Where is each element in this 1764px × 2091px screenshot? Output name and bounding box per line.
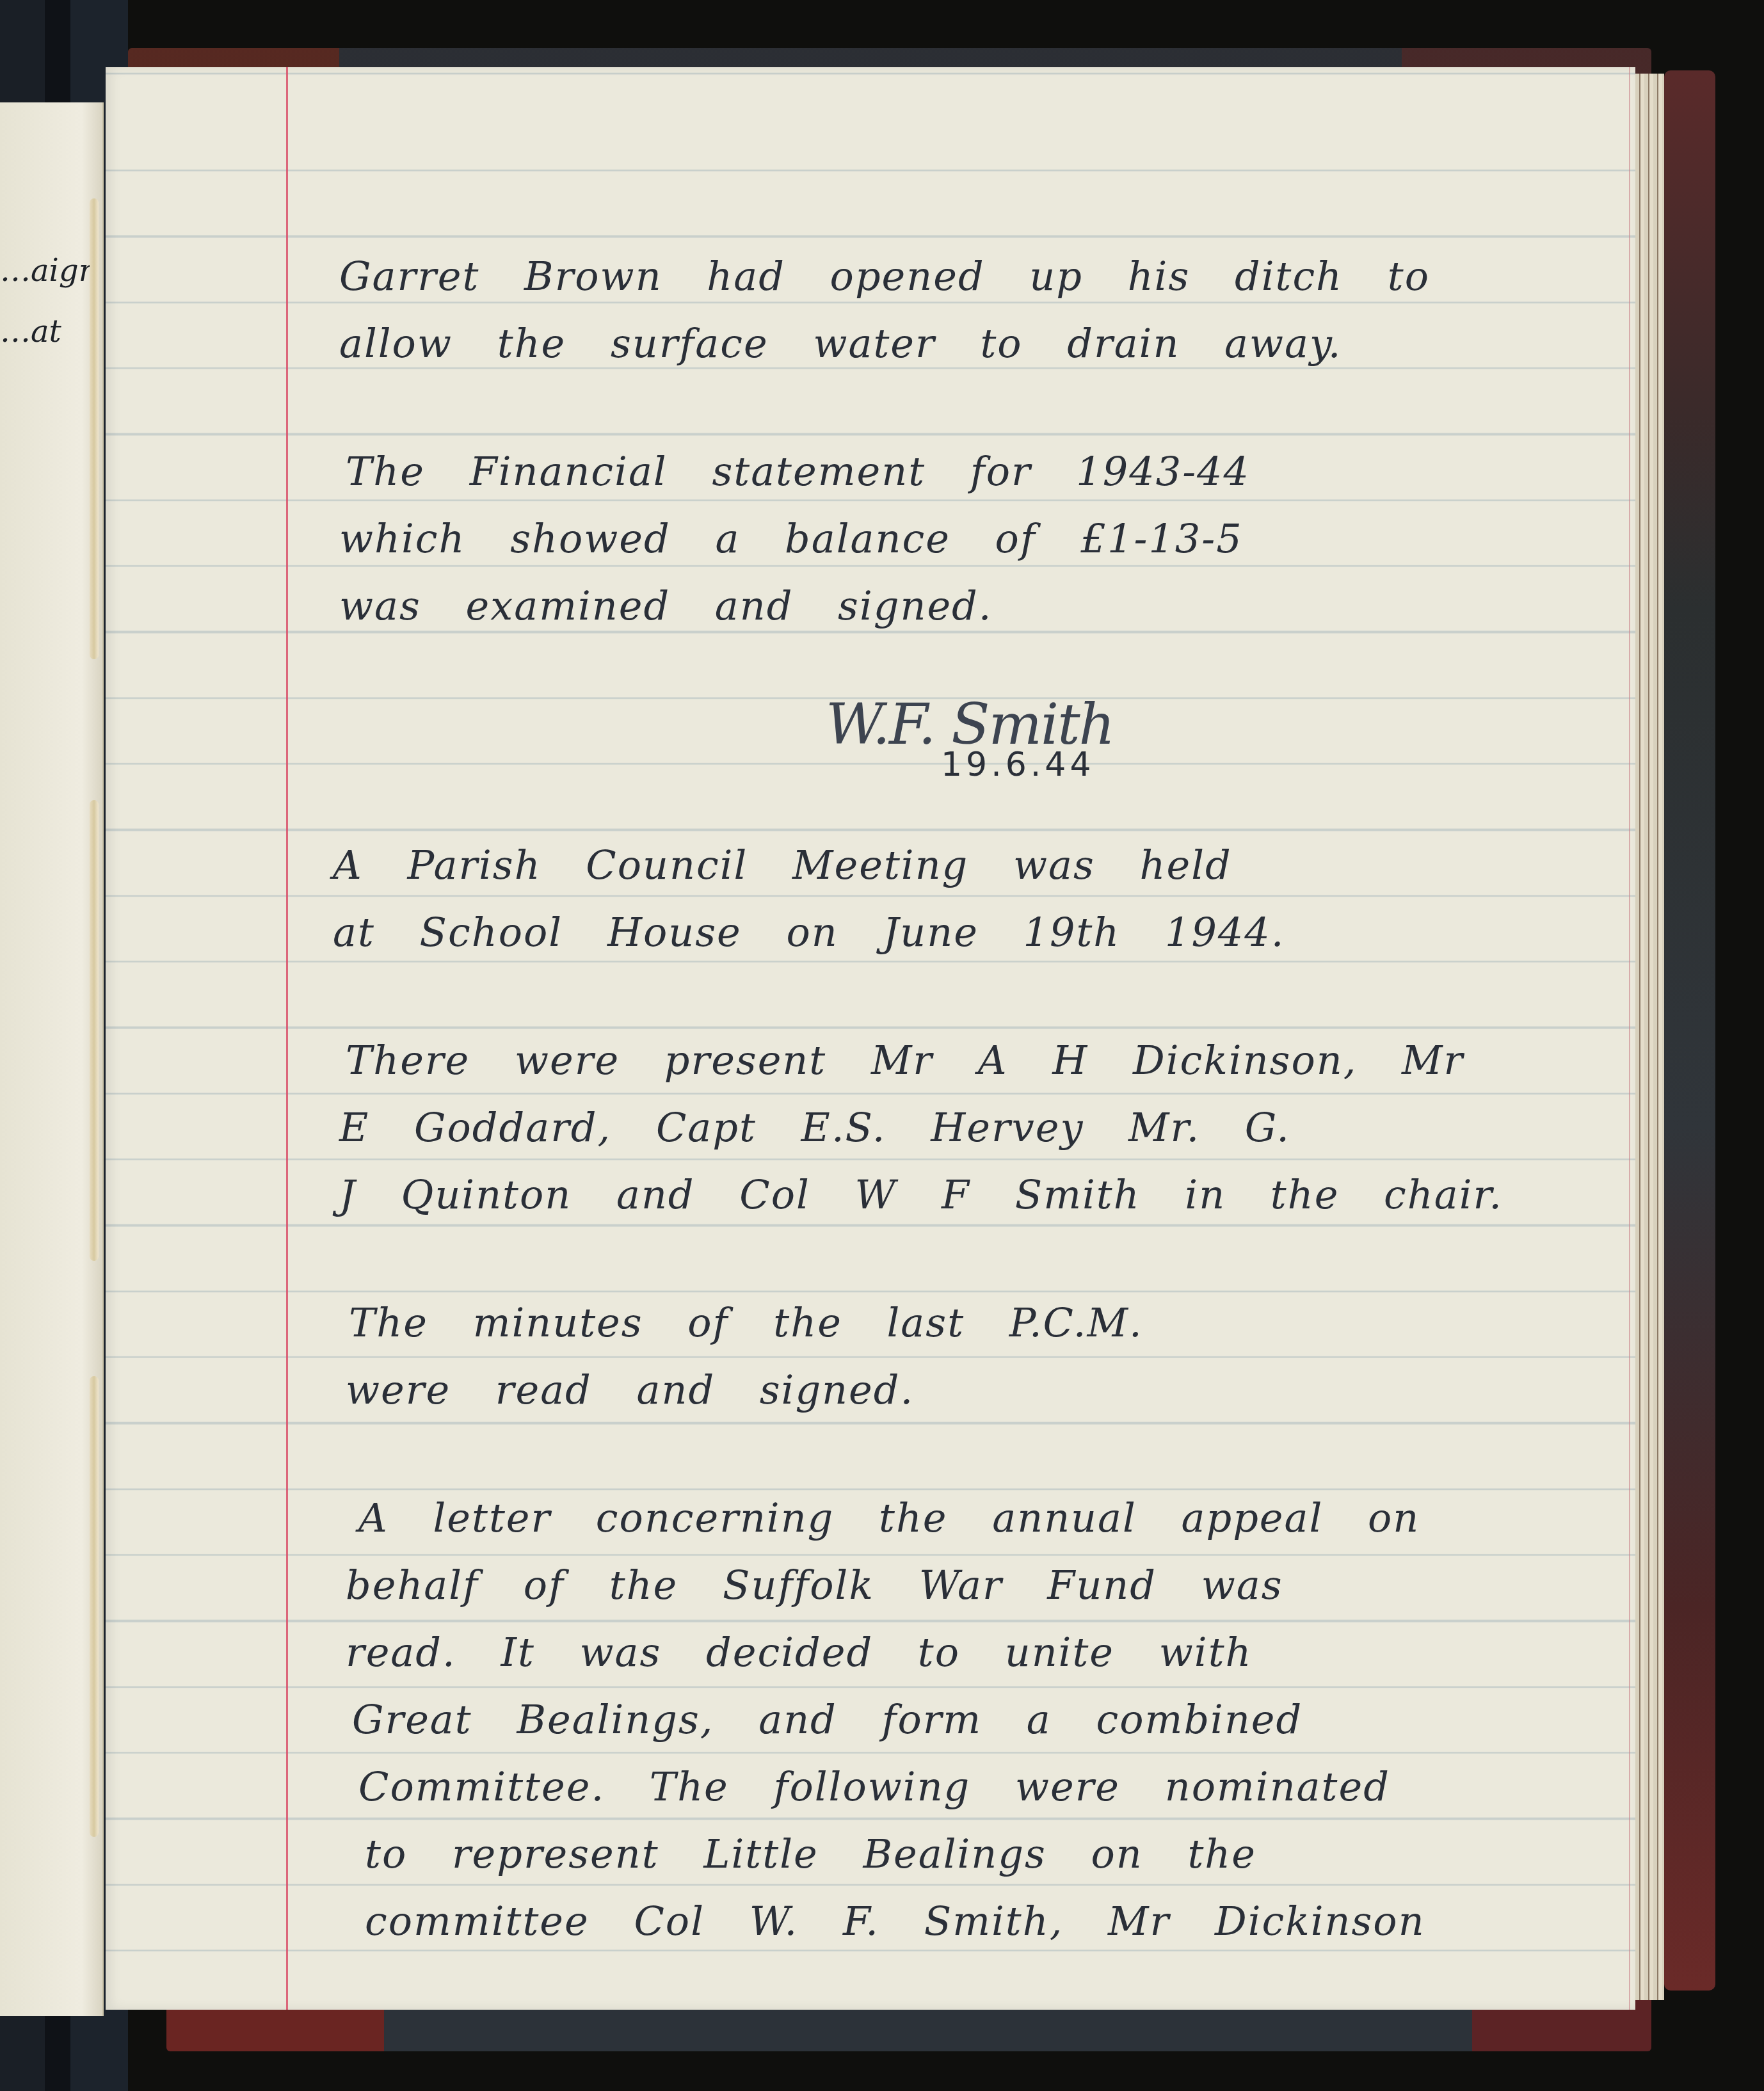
text-line: There were present Mr A H Dickinson, Mr	[346, 1037, 1464, 1084]
page-block-edge	[1635, 74, 1664, 2000]
signature-date: 19.6.44	[941, 746, 1094, 784]
text-line: Committee. The following were nominated	[358, 1763, 1390, 1810]
book-cover-right-edge	[1664, 70, 1715, 1991]
binding-thread	[90, 800, 99, 1261]
text-line: J Quinton and Col W F Smith in the chair…	[339, 1171, 1503, 1218]
text-line: E Goddard, Capt E.S. Hervey Mr. G.	[339, 1104, 1290, 1151]
red-margin-line	[286, 67, 288, 2010]
binding-thread	[90, 1376, 99, 1837]
text-line: committee Col W. F. Smith, Mr Dickinson	[365, 1898, 1425, 1944]
minute-book-scan: …aign …at Garret Brown had opened up his…	[0, 0, 1764, 2091]
text-line: The minutes of the last P.C.M.	[349, 1299, 1143, 1346]
text-line: behalf of the Suffolk War Fund was	[346, 1562, 1283, 1608]
text-line: Great Bealings, and form a combined	[352, 1696, 1303, 1743]
text-line: A letter concerning the annual appeal on	[358, 1494, 1420, 1541]
text-line: read. It was decided to unite with	[346, 1629, 1252, 1676]
left-page-fragment: …aign	[0, 253, 99, 289]
right-margin-line	[1629, 67, 1630, 2010]
text-line: which showed a balance of £1-13-5	[339, 515, 1243, 562]
text-line: at School House on June 19th 1944.	[333, 909, 1285, 956]
binding-thread	[90, 198, 99, 659]
text-line: was examined and signed.	[339, 582, 992, 629]
text-line: A Parish Council Meeting was held	[333, 842, 1232, 888]
left-page-fragment: …at	[0, 314, 61, 349]
text-line: to represent Little Bealings on the	[365, 1831, 1256, 1877]
text-line: Garret Brown had opened up his ditch to	[339, 253, 1430, 300]
text-line: allow the surface water to drain away.	[339, 320, 1342, 367]
text-line: The Financial statement for 1943-44	[346, 448, 1250, 495]
left-page: …aign …at	[0, 102, 104, 2016]
text-line: were read and signed.	[346, 1366, 914, 1413]
